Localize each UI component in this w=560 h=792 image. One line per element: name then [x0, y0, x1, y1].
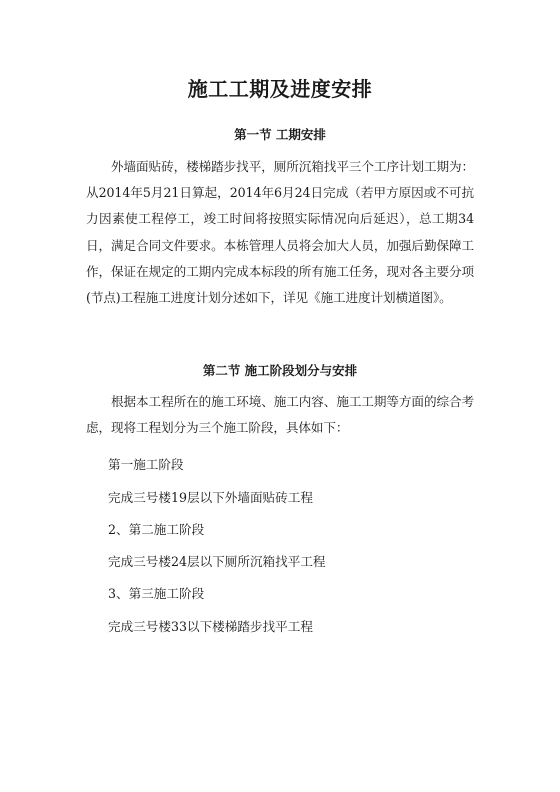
section-1-paragraph: 外墙面贴砖，楼梯踏步找平，厕所沉箱找平三个工序计划工期为：从2014年5月21日…	[86, 154, 474, 311]
stage-1-description: 完成三号楼19层以下外墙面贴砖工程	[108, 489, 313, 507]
section-2-heading: 第二节 施工阶段划分与安排	[0, 362, 560, 380]
stage-3-description: 完成三号楼33以下楼梯踏步找平工程	[108, 618, 313, 636]
stage-2-description: 完成三号楼24层以下厕所沉箱找平工程	[108, 553, 326, 571]
stage-2-label: 2、第二施工阶段	[108, 521, 204, 539]
document-page: 施工工期及进度安排 第一节 工期安排 外墙面贴砖，楼梯踏步找平，厕所沉箱找平三个…	[0, 0, 560, 792]
document-title: 施工工期及进度安排	[0, 76, 560, 102]
section-1-heading: 第一节 工期安排	[0, 126, 560, 144]
stage-1-label: 第一施工阶段	[108, 456, 184, 474]
section-2-paragraph: 根据本工程所在的施工环境、施工内容、施工工期等方面的综合考虑，现将工程划分为三个…	[86, 389, 474, 441]
stage-3-label: 3、第三施工阶段	[108, 585, 204, 603]
